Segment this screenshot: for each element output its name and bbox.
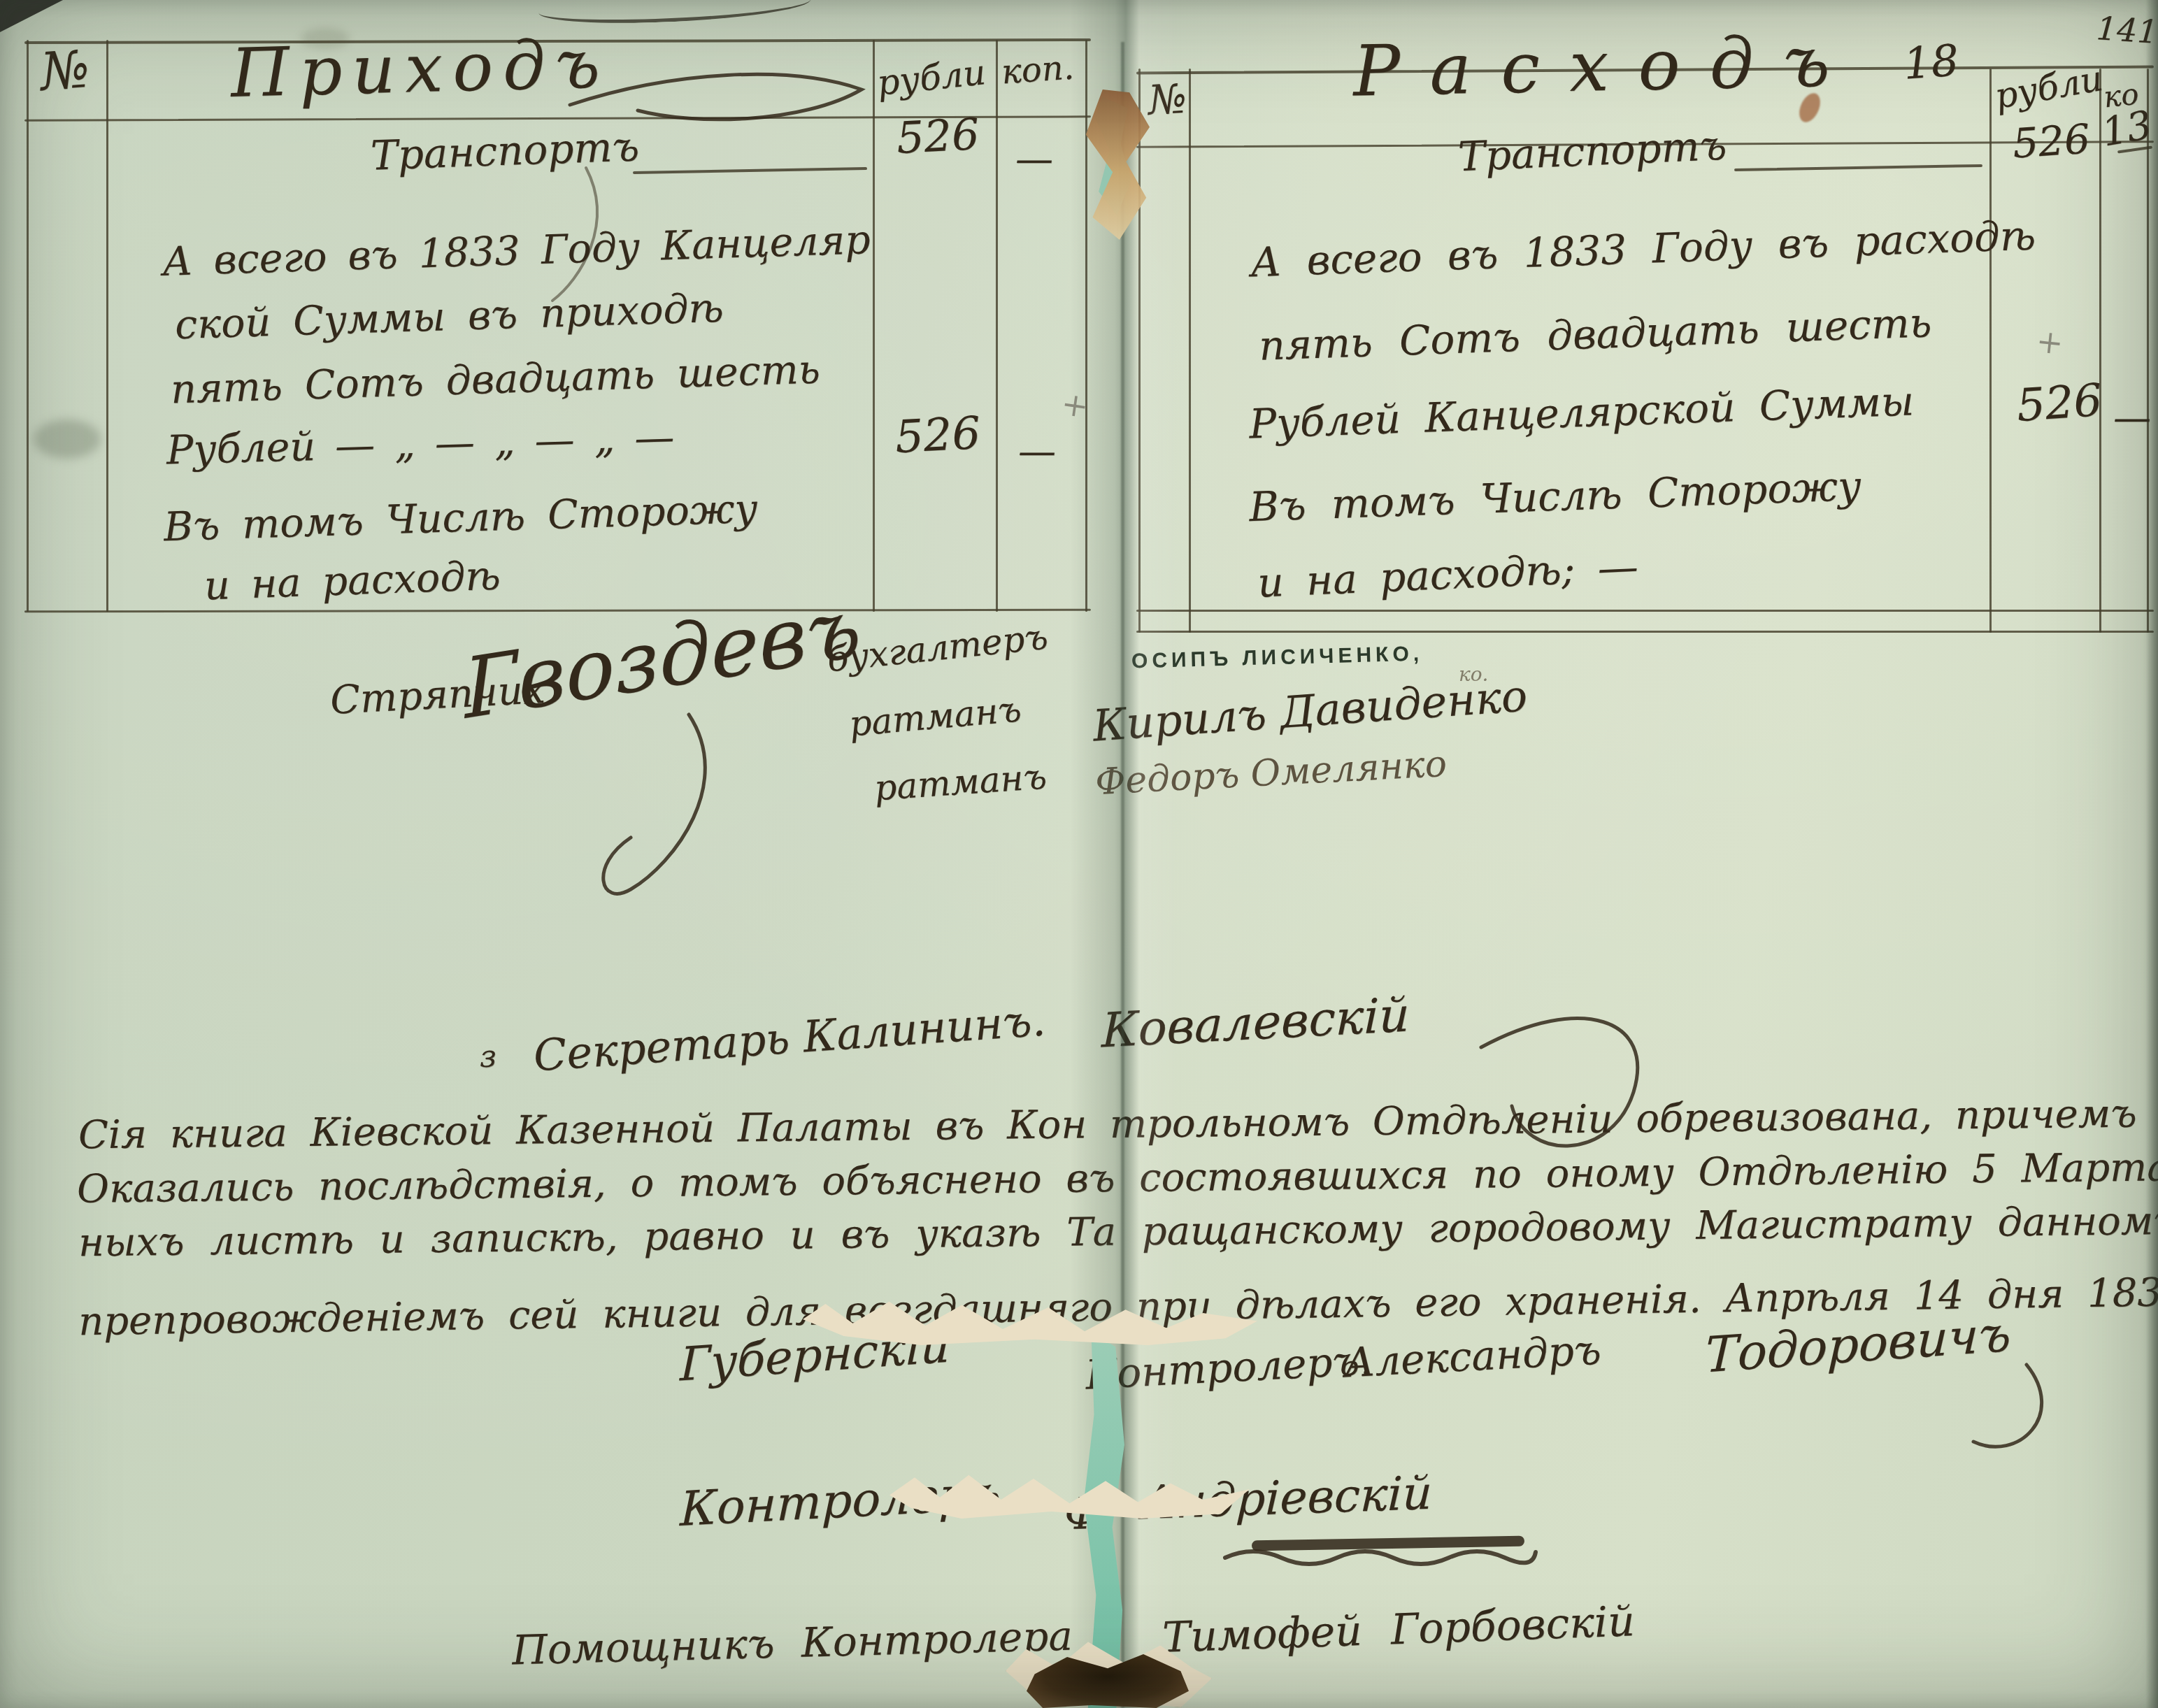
right-page-title: Расходъ [1352, 20, 1860, 112]
left-body-line-3: пять Сотъ двадцать шесть [170, 346, 820, 412]
right-body-line-2: пять Сотъ двадцать шесть [1258, 299, 1932, 370]
official-name-3: Федоръ Омелянко [1094, 743, 1448, 803]
right-table-inner-bottom-border [1136, 610, 2154, 612]
right-folio-number: 141 [2095, 9, 2158, 51]
right-body-line-5: и на расходѣ; — [1257, 543, 1639, 607]
right-pencil-plus: + [2034, 322, 2065, 362]
official-name-stamp: ОСИПЪ ЛИСИЧЕНКО, [1131, 643, 1424, 674]
right-table-right-rule [2147, 69, 2149, 633]
right-transport-rubles: 526 [2011, 115, 2092, 168]
controller-underline-smear [1252, 1536, 1524, 1551]
stryapchy-signature: Гвоздевъ [462, 578, 863, 738]
right-table-number-col-rule [1189, 69, 1191, 633]
top-edge-ink-arc [538, 0, 811, 27]
left-body-line-4: Рублей — „ — „ — „ — [166, 415, 675, 474]
left-body-line-1: А всего въ 1833 Году Канцеляр [162, 217, 871, 285]
left-kopecks-header: коп. [1000, 48, 1075, 92]
left-pencil-plus: + [1059, 385, 1091, 426]
assistant-name: Тимофей Горбовскій [1162, 1597, 1636, 1663]
right-table-outer-left-rule [1138, 69, 1141, 633]
left-body-line-2: ской Суммы въ приходѣ [174, 285, 724, 349]
left-body-line-6: и на расходѣ [203, 553, 501, 610]
right-header-number: 18 [1902, 34, 1961, 89]
official-title-3: ратманъ [873, 756, 1048, 808]
left-transport-kopecks: — [1015, 137, 1053, 181]
right-transport-dash [1734, 164, 1982, 171]
stray-mark: ко. [1459, 663, 1488, 686]
right-table-bottom-border [1136, 631, 2154, 633]
left-page-title: Приходъ [230, 24, 611, 113]
corner-shadow [0, 0, 63, 32]
left-rubles-header: рубли [875, 52, 987, 103]
secretary-label: Секретарь Калининъ. [531, 995, 1047, 1082]
right-transport-label: Транспортъ [1457, 122, 1728, 181]
left-total-kopecks: — [1018, 429, 1056, 473]
right-total-rubles: 526 [2015, 375, 2104, 432]
gubernsky-role: Контролеръ. [1085, 1336, 1374, 1398]
left-table-outer-left-rule [27, 40, 29, 612]
left-table-number-col-rule [106, 40, 108, 612]
left-body-line-5: Въ томъ Числѣ Сторожу [163, 486, 758, 551]
right-body-line-4: Въ томъ Числѣ Сторожу [1248, 462, 1862, 531]
left-table-rubles-col-rule [873, 40, 875, 612]
left-transport-dash [633, 167, 867, 174]
right-table-rubles-col-rule [1989, 69, 1992, 633]
right-table-kopecks-col-rule [2099, 69, 2101, 633]
left-table-right-rule [1085, 40, 1087, 612]
left-transport-rubles: 526 [895, 108, 980, 164]
right-number-symbol: № [1147, 75, 1187, 124]
secretary-signature: Ковалевскій [1101, 987, 1410, 1058]
secretary-prefix-mark: з [480, 1039, 496, 1075]
right-body-line-3: Рублей Канцелярской Суммы [1248, 377, 1915, 447]
ledger-scan: № Приходъ рубли коп. Транспортъ 526 — А … [0, 0, 2158, 1708]
left-table-kopecks-col-rule [996, 40, 998, 612]
left-transport-label: Транспортъ [370, 122, 640, 179]
left-total-rubles: 526 [894, 408, 982, 464]
left-number-symbol: № [38, 39, 92, 103]
right-total-kopecks: — [2113, 396, 2151, 440]
right-body-line-1: А всего въ 1833 Году въ расходѣ [1250, 211, 2036, 286]
stain-left-edge [34, 419, 101, 459]
gubernsky-first-name: Александръ [1343, 1326, 1602, 1386]
official-title-2: ратманъ [848, 689, 1023, 744]
left-table-bottom-border [24, 609, 1091, 613]
assistant-role: Помощникъ Контролера [511, 1612, 1073, 1674]
